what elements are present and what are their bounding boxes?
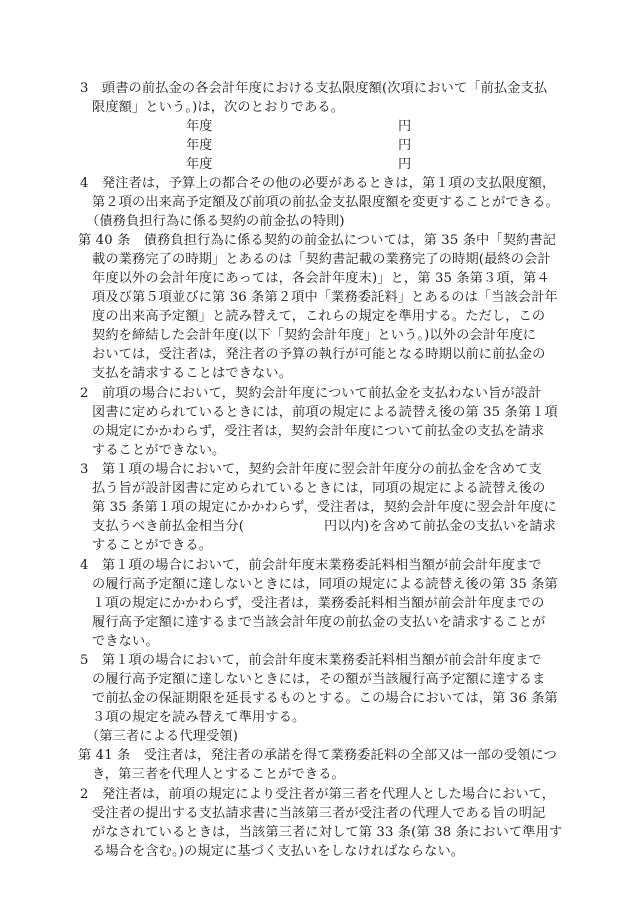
text-line: 年度以外の会計年度にあっては，各会計年度末)」と，第 35 条第３項，第４ — [92, 269, 550, 288]
text-line: 3 第１項の場合において，契約会計年度に翌会計年度分の前払金を含めて支 — [80, 460, 542, 479]
text-line: の履行高予定額に達しないときには，同項の規定による読替え後の第 35 条第 — [92, 575, 558, 594]
text-line: 契約を締結した会計年度(以下「契約会計年度」という。)以外の会計年度に — [92, 326, 536, 345]
text-line: 限度額」という。)は，次のとおりである。 — [92, 98, 344, 117]
text-line: （第三者による代理受領) — [86, 727, 238, 746]
text-line: 度の出来高予定額」と読み替えて，これらの規定を準用する。ただし，この — [92, 307, 545, 326]
text-line: 履行高予定額に達するまで当該会計年度の前払金の支払いを請求することが — [92, 613, 545, 632]
text-line: １項の規定にかかわらず，受注者は，業務委託料相当額が前会計年度までの — [92, 594, 544, 613]
text-line: ３項の規定を読み替えて準用する。 — [92, 708, 305, 727]
yen-label: 円 — [398, 136, 411, 155]
text-line: き，第三者を代理人とすることができる。 — [92, 765, 345, 784]
text-line: 第２項の出来高予定額及び前項の前払金支払限度額を変更することができる。 — [92, 193, 559, 212]
text-line: 項及び第５項並びに第 36 条第２項中「業務委託料」とあるのは「当該会計年 — [92, 288, 558, 307]
text-line: することができる。 — [92, 536, 212, 555]
text-line: で前払金の保証期限を延長するものとする。この場合においては，第 36 条第 — [92, 689, 558, 708]
text-line: 受注者の提出する支払請求書に当該第三者が受注者の代理人である旨の明記 — [92, 804, 545, 823]
text-line: することができない。 — [92, 441, 225, 460]
yen-label: 円 — [398, 117, 411, 136]
text-line: 4 第１項の場合において，前会計年度末業務委託料相当額が前会計年度まで — [80, 556, 542, 575]
text-line: 支払を請求することはできない。 — [92, 364, 292, 383]
text-line: 第 35 条第１項の規定にかかわらず，受注者は，契約会計年度に翌会計年度に — [92, 498, 557, 517]
text-line: おいては，受注者は，発注者の予算の執行が可能となる時期以前に前払金の — [92, 345, 545, 364]
text-line: る場合を含む。)の規定に基づく支払いをしなければならない。 — [92, 842, 464, 861]
text-line: 支払うべき前払金相当分( 円以内)を含めて前払金の支払いを請求 — [92, 517, 556, 536]
yen-label: 円 — [398, 155, 411, 174]
text-line: 図書に定められているときには，前項の規定による読替え後の第 35 条第１項 — [92, 403, 558, 422]
text-line: の規定にかかわらず，受注者は，契約会計年度について前払金の支払を請求 — [92, 422, 544, 441]
text-line: がなされているときは，当該第三者に対して第 33 条(第 38 条において準用す — [92, 823, 562, 842]
fiscal-year-label: 年度 — [186, 136, 212, 155]
text-line: （債務負担行為に係る契約の前金払の特則) — [86, 212, 345, 231]
text-line: 第 41 条 受注者は，発注者の承諾を得て業務委託料の全部又は一部の受領につ — [78, 746, 557, 765]
text-line: 5 第１項の場合において，前会計年度末業務委託料相当額が前会計年度まで — [80, 651, 542, 670]
text-line: 4 発注者は，予算上の都合その他の必要があるときは，第１項の支払限度額， — [80, 174, 555, 193]
text-line: 払う旨が設計図書に定められているときには，同項の規定による読替え後の — [92, 479, 545, 498]
text-line: の履行高予定額に達しないときには，その額が当該履行高予定額に達するま — [92, 670, 545, 689]
text-line: 載の業務完了の時期」とあるのは「契約書記載の業務完了の時期(最終の会計 — [92, 250, 551, 269]
fiscal-year-label: 年度 — [186, 117, 212, 136]
text-line: 2 前項の場合において，契約会計年度について前払金を支払わない旨が設計 — [80, 384, 541, 403]
document-page: 3 頭書の前払金の各会計年度における支払限度額(次項において「前払金支払限度額」… — [0, 0, 630, 903]
text-line: できない。 — [92, 632, 159, 651]
text-line: 2 発注者は，前項の規定により受注者が第三者を代理人とした場合において， — [80, 785, 555, 804]
text-line: 3 頭書の前払金の各会計年度における支払限度額(次項において「前払金支払 — [80, 79, 547, 98]
text-line: 第 40 条 債務負担行為に係る契約の前金払については，第 35 条中「契約書記 — [78, 231, 556, 250]
fiscal-year-label: 年度 — [186, 155, 212, 174]
